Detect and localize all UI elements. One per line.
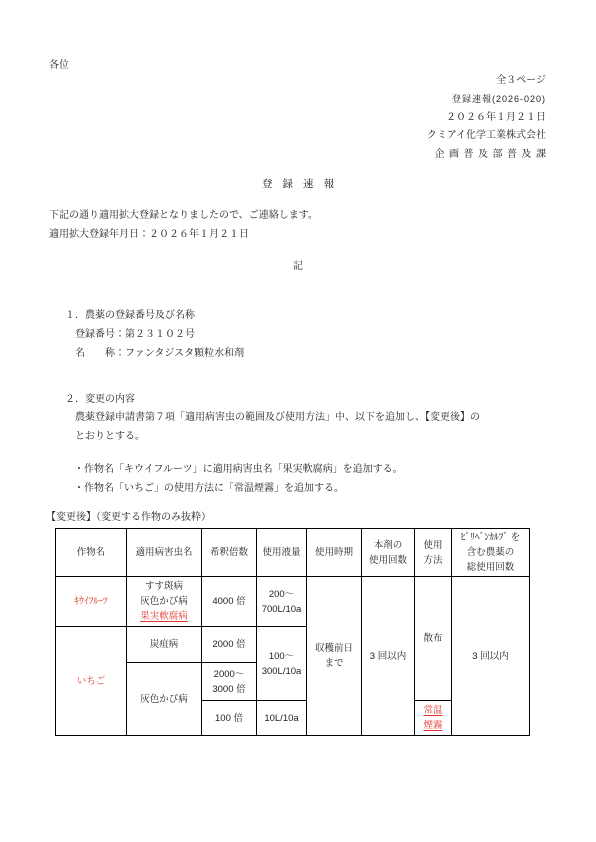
company-name: クミアイ化学工業株式会社 — [427, 127, 546, 145]
cell-disease-anthracnose: 炭疽病 — [127, 627, 202, 663]
section1-heading: １．農薬の登録番号及び名称 — [65, 306, 244, 325]
application-table: 作物名 適用病害虫名 希釈倍数 使用液量 使用時期 本剤の 使用回数 使用 方法… — [55, 528, 530, 736]
intro-block: 下記の通り適用拡大登録となりましたので、ご連絡します。 適用拡大登録年月日：２０… — [49, 206, 318, 244]
cell-crop-kiwifruit: ｷｳｲﾌﾙｰﾂ — [56, 577, 127, 627]
intro-line: 下記の通り適用拡大登録となりましたので、ご連絡します。 — [49, 206, 318, 225]
cell-strawberry-volume-3: 10L/10a — [257, 701, 307, 736]
section2-heading: ２．変更の内容 — [65, 390, 135, 405]
section2-body: 農薬登録申請書第７項「適用病害虫の範囲及び使用方法」中、以下を追加し、【変更後】… — [75, 409, 480, 446]
col-header-timing: 使用時期 — [307, 529, 362, 577]
table-row-kiwifruit: ｷｳｲﾌﾙｰﾂ すす斑病 灰色かび病 果実軟腐病 4000 倍 200～ 700… — [56, 577, 530, 627]
application-table-wrap: 作物名 適用病害虫名 希釈倍数 使用液量 使用時期 本剤の 使用回数 使用 方法… — [55, 528, 530, 736]
cell-kiwi-volume: 200～ 700L/10a — [257, 577, 307, 627]
bullet-kiwifruit-addition: ・作物名「キウイフルーツ」に適用病害虫名「果実軟腐病」を追加する。 — [74, 461, 403, 480]
registration-number-line: 登録番号：第２３１０２号 — [75, 325, 244, 344]
cell-kiwi-diseases: すす斑病 灰色かび病 果実軟腐病 — [127, 577, 202, 627]
recipients-label: 各位 — [49, 56, 69, 71]
product-name-line: 名 称：ファンタジスタ顆粒水和剤 — [75, 344, 244, 363]
col-header-dilution: 希釈倍数 — [202, 529, 257, 577]
cell-disease-gray-mold-strawberry: 灰色かび病 — [127, 663, 202, 736]
issue-date: ２０２６年１月２１日 — [427, 109, 546, 127]
cell-product-use-count: 3 回以内 — [362, 577, 415, 736]
cell-kiwi-dilution: 4000 倍 — [202, 577, 257, 627]
cell-use-timing: 収穫前日 まで — [307, 577, 362, 736]
record-mark: 記 — [0, 257, 596, 272]
bullet-strawberry-addition: ・作物名「いちご」の使用方法に「常温煙霧」を追加する。 — [74, 480, 403, 499]
change-description-line2: とおりとする。 — [75, 428, 480, 447]
table-caption: 【変更後】（変更する作物のみ抜粋） — [46, 508, 211, 523]
col-header-total-uses: ﾋﾟﾘﾍﾞﾝｶﾙﾌﾞ を 含む農薬の 総使用回数 — [452, 529, 530, 577]
col-header-method: 使用 方法 — [415, 529, 452, 577]
disease-gray-mold: 灰色かび病 — [128, 594, 200, 609]
bulletin-number: 登録速報(2026-020) — [427, 90, 546, 108]
cell-method-fumigation-added: 常温 煙霧 — [415, 701, 452, 736]
document-page: 各位 全３ページ 登録速報(2026-020) ２０２６年１月２１日 クミアイ化… — [0, 0, 596, 842]
department-name: 企画普及部普及課 — [427, 146, 551, 164]
table-header-row: 作物名 適用病害虫名 希釈倍数 使用液量 使用時期 本剤の 使用回数 使用 方法… — [56, 529, 530, 577]
cell-strawberry-dilution-3: 100 倍 — [202, 701, 257, 736]
cell-total-use-count: 3 回以内 — [452, 577, 530, 736]
change-description-line1: 農薬登録申請書第７項「適用病害虫の範囲及び使用方法」中、以下を追加し、【変更後】… — [75, 409, 480, 428]
col-header-product-uses: 本剤の 使用回数 — [362, 529, 415, 577]
section-registration-info: １．農薬の登録番号及び名称 登録番号：第２３１０２号 名 称：ファンタジスタ顆粒… — [65, 306, 244, 363]
disease-fruit-soft-rot-added: 果実軟腐病 — [128, 609, 200, 624]
col-header-disease: 適用病害虫名 — [127, 529, 202, 577]
cell-strawberry-dilution-2: 2000～ 3000 倍 — [202, 663, 257, 701]
registration-date-line: 適用拡大登録年月日：２０２６年１月２１日 — [49, 225, 318, 244]
col-header-crop: 作物名 — [56, 529, 127, 577]
disease-sooty-spot: すす斑病 — [128, 579, 200, 594]
letterhead-block: 全３ページ 登録速報(2026-020) ２０２６年１月２１日 クミアイ化学工業… — [427, 72, 546, 164]
cell-strawberry-volume-1: 100～ 300L/10a — [257, 627, 307, 701]
change-bullet-list: ・作物名「キウイフルーツ」に適用病害虫名「果実軟腐病」を追加する。 ・作物名「い… — [74, 461, 403, 498]
cell-method-spray: 散布 — [415, 577, 452, 701]
cell-crop-strawberry: いちご — [56, 627, 127, 736]
document-title: 登録速報 — [0, 176, 596, 191]
page-count: 全３ページ — [427, 72, 546, 90]
col-header-volume: 使用液量 — [257, 529, 307, 577]
cell-strawberry-dilution-1: 2000 倍 — [202, 627, 257, 663]
